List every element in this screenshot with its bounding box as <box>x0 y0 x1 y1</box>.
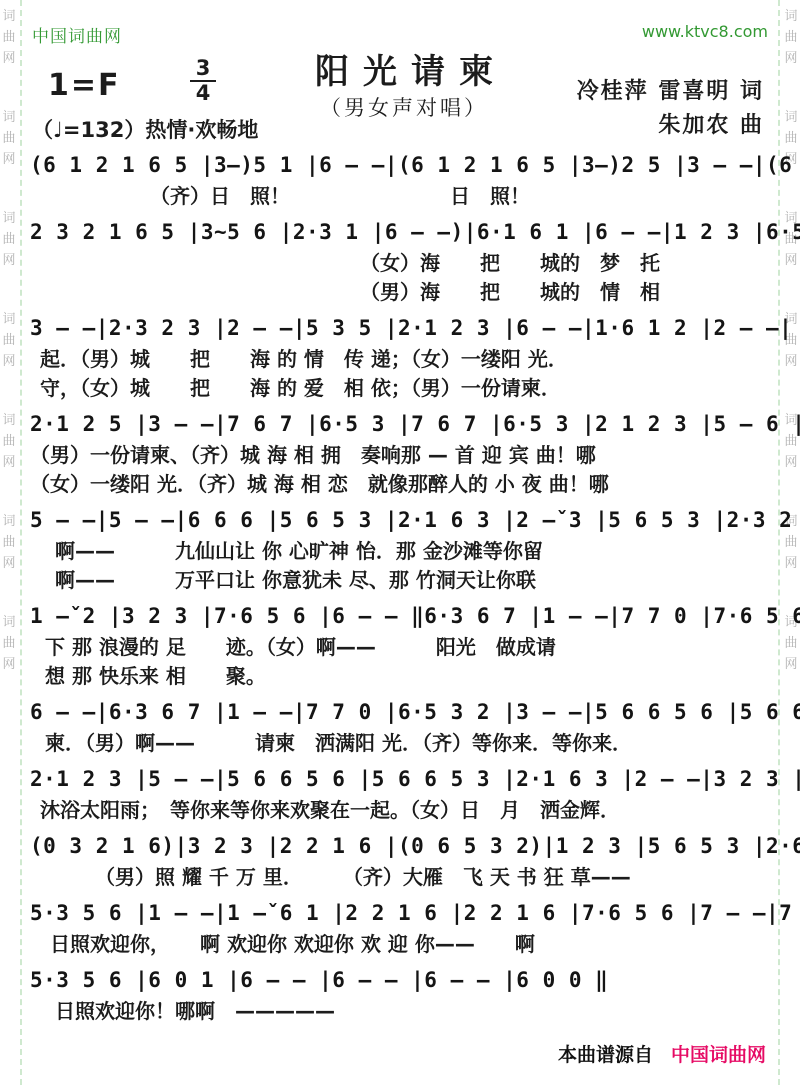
watermark-char: 网 <box>2 254 15 267</box>
notation-line: 6 — —|6·3 6 7 |1 — —|7 7 0 |6·5 3 2 |3 —… <box>30 695 770 729</box>
watermark-char: 网 <box>2 153 15 166</box>
lyricist-credit: 冷桂萍 雷喜明 词 <box>577 74 764 105</box>
lyric-line: （男）一份请柬、（齐）城 海 相 拥 奏响那 — 首 迎 宾 曲！哪 <box>30 441 770 470</box>
watermark-char: 网 <box>784 254 797 267</box>
score-header: 阳光请柬 （男女声对唱） 1=F 3 4 （♩=132）热情·欢畅地 冷桂萍 雷… <box>30 40 770 148</box>
notation-system: 3 — —|2·3 2 3 |2 — —|5 3 5 |2·1 2 3 |6 —… <box>30 311 770 403</box>
watermark-char: 曲 <box>2 233 15 246</box>
watermark-char: 曲 <box>2 637 15 650</box>
watermark-char: 网 <box>2 52 15 65</box>
watermark-char: 词 <box>2 313 15 326</box>
watermark-column-left: 词曲网词曲网词曲网词曲网词曲网词曲网词曲网 <box>0 0 18 1085</box>
watermark-char: 词 <box>2 414 15 427</box>
sheet-music-page: 词曲网词曲网词曲网词曲网词曲网词曲网词曲网 词曲网词曲网词曲网词曲网词曲网词曲网… <box>0 0 800 1085</box>
watermark-char: 词 <box>2 212 15 225</box>
source-attribution: 本曲谱源自中国词曲网 <box>558 1040 766 1067</box>
left-dashed-border <box>20 0 22 1085</box>
watermark-char: 曲 <box>2 435 15 448</box>
lyric-line: 守，（女）城 把 海 的 爱 相 依；（男）一份请柬． <box>40 374 770 403</box>
lyric-line: 想 那 快乐来 相 聚。 <box>45 662 770 691</box>
notation-line: 2·1 2 3 |5 — —|5 6 6 5 6 |5 6 6 5 3 |2·1… <box>30 762 770 796</box>
watermark-char: 词 <box>784 10 797 23</box>
watermark-char: 词 <box>784 111 797 124</box>
notation-system: 6 — —|6·3 6 7 |1 — —|7 7 0 |6·5 3 2 |3 —… <box>30 695 770 758</box>
watermark-char: 网 <box>2 557 15 570</box>
watermark-char: 曲 <box>2 31 15 44</box>
site-url-link[interactable]: www.ktvc8.com <box>642 22 768 41</box>
watermark-char: 网 <box>784 658 797 671</box>
song-title: 阳光请柬 <box>315 44 507 93</box>
watermark-char: 词 <box>2 10 15 23</box>
watermark-char: 网 <box>2 456 15 469</box>
notation-system: (6 1 2 1 6 5 |3—)5 1 |6 — —|(6 1 2 1 6 5… <box>30 148 770 211</box>
lyric-line: （男）海 把 城的 情 相 <box>360 278 770 307</box>
watermark-char: 曲 <box>784 536 797 549</box>
watermark-char: 曲 <box>2 334 15 347</box>
watermark-char: 网 <box>784 355 797 368</box>
watermark-char: 网 <box>784 557 797 570</box>
watermark-char: 词 <box>2 616 15 629</box>
source-brand-link[interactable]: 中国词曲网 <box>671 1044 766 1066</box>
lyric-line: 柬．（男）啊—— 请柬 洒满阳 光．（齐）等你来．等你来． <box>45 729 770 758</box>
source-prefix-label: 本曲谱源自 <box>558 1044 653 1066</box>
watermark-char: 网 <box>784 52 797 65</box>
notation-line: 2·1 2 5 |3 — —|7 6 7 |6·5 3 |7 6 7 |6·5 … <box>30 407 770 441</box>
lyric-line: 啊—— 九仙山让 你 心旷神 怡．那 金沙滩等你留 <box>55 537 770 566</box>
watermark-char: 曲 <box>784 637 797 650</box>
notation-line: 1 —ˇ2 |3 2 3 |7·6 5 6 |6 — — ‖6·3 6 7 |1… <box>30 599 770 633</box>
watermark-char: 网 <box>784 456 797 469</box>
watermark-char: 词 <box>2 515 15 528</box>
notation-system: 2·1 2 3 |5 — —|5 6 6 5 6 |5 6 6 5 3 |2·1… <box>30 762 770 825</box>
lyric-line: 沐浴太阳雨； 等你来等你来欢聚在一起。（女）日 月 洒金辉． <box>40 796 770 825</box>
watermark-char: 网 <box>2 658 15 671</box>
watermark-char: 曲 <box>784 435 797 448</box>
tempo-marking: （♩=132）热情·欢畅地 <box>32 114 258 144</box>
lyric-line: （齐）日 照！ 日 照！ <box>150 182 770 211</box>
lyric-line: 啊—— 万平口让 你意犹未 尽、那 竹洞天让你联 <box>55 566 770 595</box>
lyric-line: 日照欢迎你， 啊 欢迎你 欢迎你 欢 迎 你—— 啊 <box>50 930 770 959</box>
watermark-char: 曲 <box>2 132 15 145</box>
notation-line: (6 1 2 1 6 5 |3—)5 1 |6 — —|(6 1 2 1 6 5… <box>30 148 770 182</box>
lyric-line: （女）海 把 城的 梦 托 <box>360 249 770 278</box>
notation-system: 2·1 2 5 |3 — —|7 6 7 |6·5 3 |7 6 7 |6·5 … <box>30 407 770 499</box>
notation-line: 5 — —|5 — —|6 6 6 |5 6 5 3 |2·1 6 3 |2 —… <box>30 503 770 537</box>
watermark-char: 曲 <box>784 31 797 44</box>
notation-line: (0 3 2 1 6)|3 2 3 |2 2 1 6 |(0 6 5 3 2)|… <box>30 829 770 863</box>
score-sheet: 阳光请柬 （男女声对唱） 1=F 3 4 （♩=132）热情·欢畅地 冷桂萍 雷… <box>30 40 770 1030</box>
notation-system: 5 — —|5 — —|6 6 6 |5 6 5 3 |2·1 6 3 |2 —… <box>30 503 770 595</box>
watermark-char: 曲 <box>784 132 797 145</box>
notation-system: 5·3 5 6 |1 — —|1 —ˇ6 1 |2 2 1 6 |2 2 1 6… <box>30 896 770 959</box>
watermark-char: 词 <box>2 111 15 124</box>
lyric-line: （女）一缕阳 光．（齐）城 海 相 恋 就像那醉人的 小 夜 曲！哪 <box>30 470 770 499</box>
time-signature-denominator: 4 <box>196 81 211 105</box>
lyric-line: （男）照 耀 千 万 里． （齐）大雁 飞 天 书 狂 草—— <box>95 863 770 892</box>
composer-credit: 朱加农 曲 <box>658 108 764 139</box>
watermark-char: 曲 <box>2 536 15 549</box>
watermark-char: 网 <box>2 355 15 368</box>
notation-system: (0 3 2 1 6)|3 2 3 |2 2 1 6 |(0 6 5 3 2)|… <box>30 829 770 892</box>
lyric-line: 起．（男）城 把 海 的 情 传 递；（女）一缕阳 光． <box>40 345 770 374</box>
key-signature: 1=F <box>48 68 121 103</box>
notation-system: 1 —ˇ2 |3 2 3 |7·6 5 6 |6 — — ‖6·3 6 7 |1… <box>30 599 770 691</box>
time-signature: 3 4 <box>190 58 216 104</box>
lyric-line: 日照欢迎你！哪啊 ————— <box>55 997 770 1026</box>
notation-line: 5·3 5 6 |1 — —|1 —ˇ6 1 |2 2 1 6 |2 2 1 6… <box>30 896 770 930</box>
song-subtitle: （男女声对唱） <box>320 92 488 122</box>
notation-line: 2 3 2 1 6 5 |3~5 6 |2·3 1 |6 — —)|6·1 6 … <box>30 215 770 249</box>
notation-line: 5·3 5 6 |6 0 1 |6 — — |6 — — |6 — — |6 0… <box>30 963 770 997</box>
notation-system: 5·3 5 6 |6 0 1 |6 — — |6 — — |6 — — |6 0… <box>30 963 770 1026</box>
notation-system: 2 3 2 1 6 5 |3~5 6 |2·3 1 |6 — —)|6·1 6 … <box>30 215 770 307</box>
notation-line: 3 — —|2·3 2 3 |2 — —|5 3 5 |2·1 2 3 |6 —… <box>30 311 770 345</box>
lyric-line: 下 那 浪漫的 足 迹。（女）啊—— 阳光 做成请 <box>45 633 770 662</box>
time-signature-numerator: 3 <box>196 56 211 80</box>
